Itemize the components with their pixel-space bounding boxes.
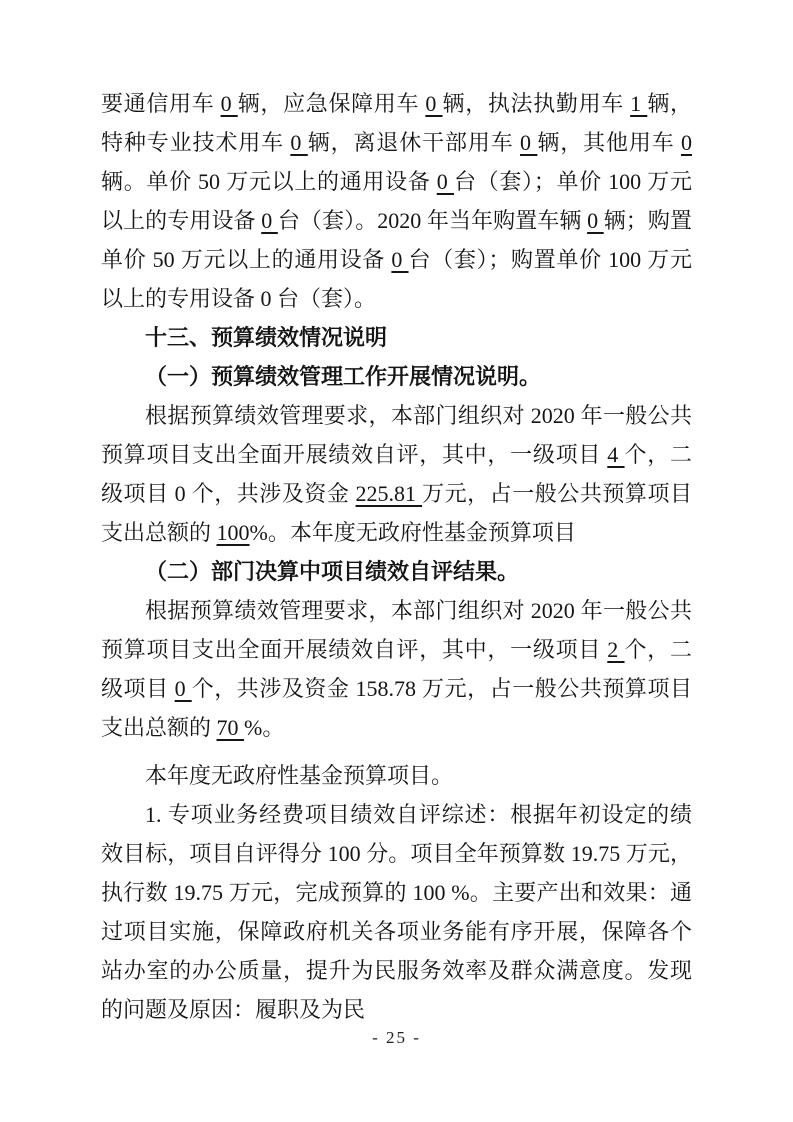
text-run: 辆，离退休干部用车: [308, 130, 520, 155]
text-run: 1. 专项业务经费项目绩效自评综述：根据年初设定的绩效目标，项目自评得分 100…: [101, 802, 692, 1022]
document-page: 要通信用车 0 辆，应急保障用车 0 辆，执法执勤用车 1 辆，特种专业技术用车…: [0, 0, 793, 1122]
section-heading: 十三、预算绩效情况说明: [101, 318, 692, 357]
underlined-value: 100: [217, 520, 250, 545]
text-run: %。本年度无政府性基金预算项目: [250, 520, 576, 545]
underlined-value: 225.81: [356, 481, 423, 506]
underlined-value: 0: [221, 91, 238, 116]
text-run: 本年度无政府性基金预算项目。: [145, 763, 453, 788]
underlined-value: 0: [587, 208, 604, 233]
paragraph: 要通信用车 0 辆，应急保障用车 0 辆，执法执勤用车 1 辆，特种专业技术用车…: [101, 84, 692, 318]
underlined-value: 0: [290, 130, 307, 155]
section-heading: （一）预算绩效管理工作开展情况说明。: [101, 357, 692, 396]
text-run: 根据预算绩效管理要求，本部门组织对 2020 年一般公共预算项目支出全面开展绩效…: [101, 598, 692, 662]
text-run: 要通信用车: [101, 91, 221, 116]
text-run: 辆。单价 50 万元以上的通用设备: [101, 169, 437, 194]
underlined-value: 0: [391, 247, 408, 272]
paragraph: 根据预算绩效管理要求，本部门组织对 2020 年一般公共预算项目支出全面开展绩效…: [101, 591, 692, 747]
paragraph: 1. 专项业务经费项目绩效自评综述：根据年初设定的绩效目标，项目自评得分 100…: [101, 795, 692, 1029]
underlined-value: 70: [217, 715, 245, 740]
paragraph: 本年度无政府性基金预算项目。: [101, 756, 692, 795]
underlined-value: 0: [175, 676, 192, 701]
underlined-value: 2: [607, 637, 624, 662]
text-run: 辆，执法执勤用车: [443, 91, 631, 116]
underlined-value: 1: [630, 91, 647, 116]
paragraph: 根据预算绩效管理要求，本部门组织对 2020 年一般公共预算项目支出全面开展绩效…: [101, 396, 692, 552]
text-run: %。: [244, 715, 284, 740]
underlined-value: 4: [607, 442, 624, 467]
document-body: 要通信用车 0 辆，应急保障用车 0 辆，执法执勤用车 1 辆，特种专业技术用车…: [101, 84, 692, 1029]
underlined-value: 0: [520, 130, 537, 155]
underlined-value: 0: [261, 208, 278, 233]
underlined-value: 0: [425, 91, 442, 116]
page-number: - 25 -: [0, 1026, 793, 1050]
underlined-value: 0: [681, 130, 692, 155]
text-run: 台（套）。2020 年当年购置车辆: [278, 208, 587, 233]
text-run: 辆，其他用车: [537, 130, 681, 155]
underlined-value: 0: [437, 169, 454, 194]
section-heading: （二）部门决算中项目绩效自评结果。: [101, 552, 692, 591]
text-run: 辆，应急保障用车: [238, 91, 426, 116]
text-run: 根据预算绩效管理要求，本部门组织对 2020 年一般公共预算项目支出全面开展绩效…: [101, 403, 692, 467]
